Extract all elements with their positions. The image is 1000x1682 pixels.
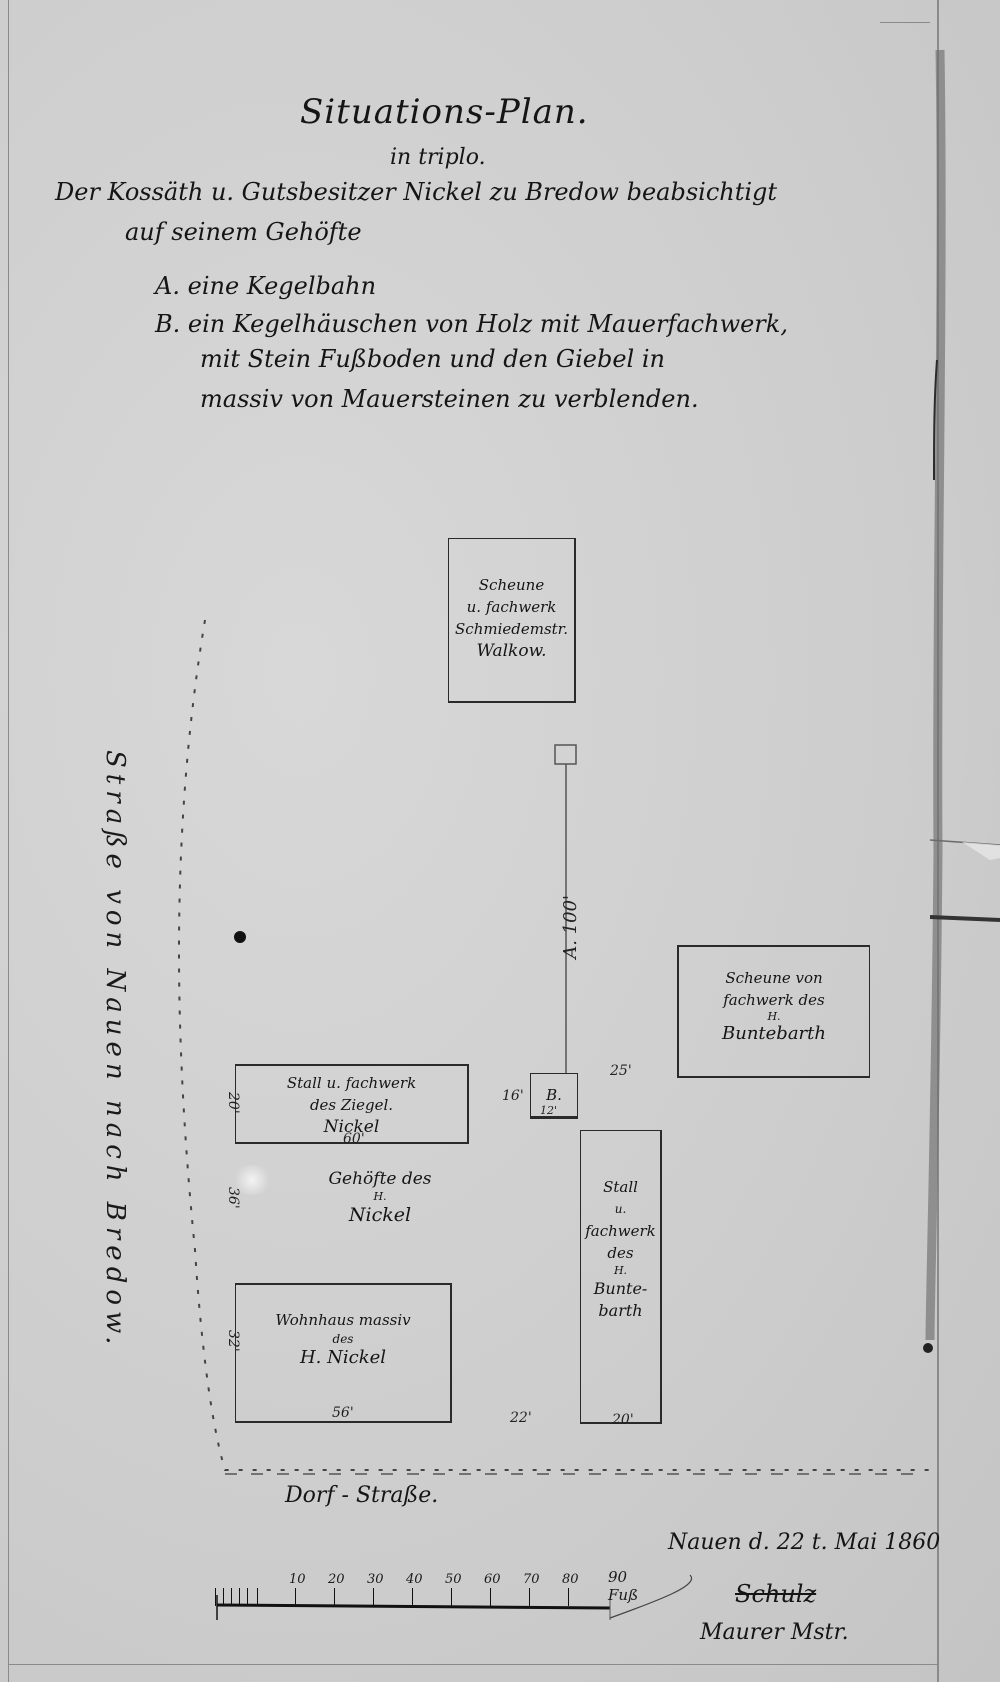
building-label: Scheune u. fachwerk Schmiedemstr. Walkow… [449, 574, 574, 662]
scale-label: 50 [445, 1572, 462, 1587]
scale-tick [529, 1588, 530, 1606]
intro-line-2: auf seinem Gehöfte [125, 218, 362, 246]
scale-tick [295, 1588, 296, 1606]
scale-bar: 10 20 30 40 50 60 70 80 90 Fuß [215, 1578, 615, 1610]
scale-label: 70 [523, 1572, 540, 1587]
scale-label: 40 [406, 1572, 423, 1587]
document-subtitle: in triplo. [390, 145, 486, 170]
building-buntebarth-stall: Stall u. fachwerk des H. Bunte- barth [580, 1130, 662, 1424]
binding-strip-icon [0, 0, 1000, 1682]
scale-tick [257, 1588, 258, 1606]
building-label: Stall u. fachwerk des H. Bunte- barth [581, 1176, 660, 1322]
building-walkow-barn: Scheune u. fachwerk Schmiedemstr. Walkow… [448, 538, 576, 703]
building-label: B. [531, 1084, 577, 1106]
signature: Schulz [735, 1580, 816, 1608]
dim-house-width: 56' [332, 1405, 354, 1421]
dim-gap-width: 22' [510, 1410, 532, 1426]
document-title: Situations-Plan. [300, 92, 589, 132]
dim-b-height: 12' [540, 1104, 557, 1117]
scale-tick [568, 1588, 569, 1606]
village-street-label: Dorf - Straße. [285, 1483, 438, 1508]
scale-tick [451, 1588, 452, 1606]
date-line: Nauen d. 22 t. Mai 1860 [668, 1530, 940, 1555]
scale-tick [215, 1588, 216, 1606]
scale-tick [373, 1588, 374, 1606]
scale-tick [334, 1588, 335, 1606]
item-a-marker: A. [155, 272, 180, 300]
scale-tick [231, 1588, 232, 1606]
signature-title: Maurer Mstr. [700, 1620, 849, 1645]
item-b-text: ein Kegelhäuschen von Holz mit Mauerfach… [188, 310, 788, 338]
dim-stall-height: 20' [225, 1092, 241, 1114]
document-page: 10 20 30 40 50 60 70 80 90 Fuß Situation… [0, 0, 1000, 1682]
dim-stall-width: 60' [343, 1131, 365, 1147]
scale-tick [239, 1588, 240, 1606]
dim-b-stall-width: 20' [612, 1412, 634, 1428]
scale-label: 60 [484, 1572, 501, 1587]
building-label: Scheune von fachwerk des H. Buntebarth [679, 967, 869, 1045]
intro-line-1: Der Kossäth u. Gutsbesitzer Nickel zu Br… [55, 178, 777, 206]
item-a: A. eine Kegelbahn [155, 272, 376, 300]
building-buntebarth-barn: Scheune von fachwerk des H. Buntebarth [677, 945, 870, 1078]
scale-unit-label: 90 Fuß [608, 1568, 638, 1604]
building-nickel-house: Wohnhaus massiv des H. Nickel [235, 1283, 452, 1423]
scale-label: 80 [562, 1572, 579, 1587]
alley-label: A. 100' [560, 895, 581, 959]
scale-tick [247, 1588, 248, 1606]
dim-b-offset: 25' [610, 1063, 632, 1079]
scale-label: 30 [367, 1572, 384, 1587]
item-b-line-3: massiv von Mauersteinen zu verblenden. [200, 385, 699, 413]
side-street-label: Straße von Nauen nach Bredow. [100, 750, 130, 1350]
scale-label: 20 [328, 1572, 345, 1587]
dim-house-height: 32' [225, 1330, 241, 1352]
scale-tick [223, 1588, 224, 1606]
item-b-line-1: B. ein Kegelhäuschen von Holz mit Mauerf… [155, 310, 788, 338]
building-label: Wohnhaus massiv des H. Nickel [236, 1309, 450, 1369]
paper-bright-spot [232, 1165, 272, 1195]
building-label: Stall u. fachwerk des Ziegel. Nickel [236, 1072, 467, 1138]
scale-tick [412, 1588, 413, 1606]
item-b-line-2: mit Stein Fußboden und den Giebel in [200, 345, 665, 373]
item-a-text: eine Kegelbahn [188, 272, 376, 300]
scale-label: 10 [289, 1572, 306, 1587]
yard-label-nickel: Gehöfte des H. Nickel [300, 1168, 460, 1226]
item-b-marker: B. [155, 310, 180, 338]
scale-tick [490, 1588, 491, 1606]
dim-b-width: 16' [502, 1088, 524, 1104]
